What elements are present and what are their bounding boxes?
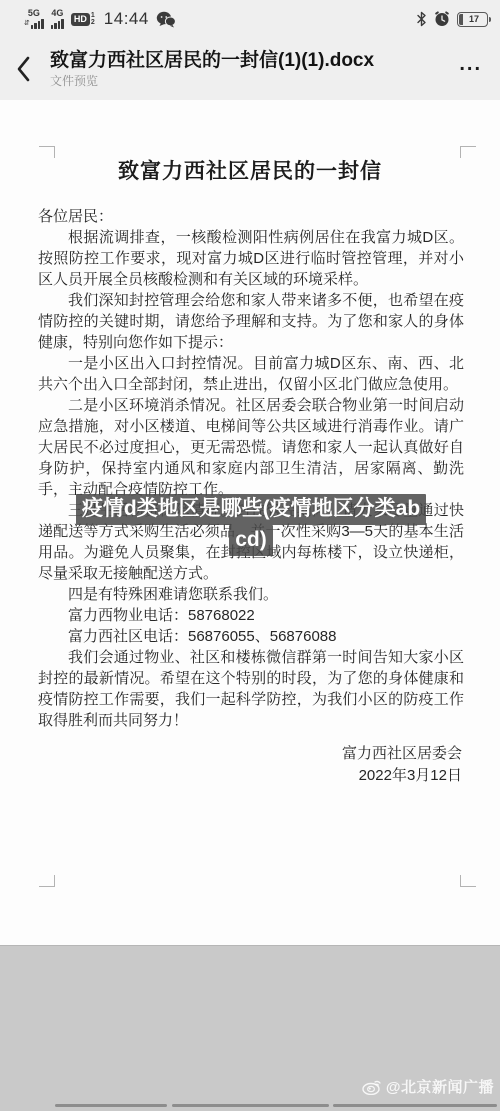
bluetooth-icon <box>416 11 427 27</box>
paragraph-9: 我们会通过物业、社区和楼栋微信群第一时间告知大家小区封控的最新情况。希望在这个特… <box>38 647 464 731</box>
sim2-label: 2 <box>91 19 95 26</box>
page-corner-mark <box>460 875 476 887</box>
document-preview-page[interactable]: 致富力西社区居民的一封信 各位居民： 根据流调排查，一核酸检测阳性病例居住在我富… <box>0 100 500 945</box>
page-corner-mark <box>39 146 55 158</box>
volte-hd-icon: HD 1 2 <box>71 12 95 26</box>
preview-mode-label: 文件预览 <box>50 74 451 89</box>
signature-block: 富力西社区居委会 2022年3月12日 <box>38 743 462 787</box>
alarm-clock-icon <box>434 11 450 27</box>
headline-line1: 疫情d类地区是哪些(疫情地区分类ab <box>76 494 426 525</box>
signature-date: 2022年3月12日 <box>38 765 462 787</box>
clock-time: 14:44 <box>104 9 149 29</box>
paragraph-5: 三是生活物资保障情况。封控管控期间，请大家尽量通过快递配送等方式采购生活必须品，… <box>38 500 464 584</box>
signal-4g-icon: 4G <box>51 9 64 29</box>
signal-5g-icon: 5G ⇵ <box>24 9 44 29</box>
title-block: 致富力西社区居民的一封信(1)(1).docx 文件预览 <box>50 49 451 89</box>
back-button[interactable] <box>16 49 44 89</box>
paragraph-7-property-phone: 富力西物业电话：58768022 <box>38 605 464 626</box>
paragraph-4: 二是小区环境消杀情况。社区居委会联合物业第一时间启动应急措施，对小区楼道、电梯间… <box>38 395 464 500</box>
paragraph-6: 四是有特殊困难请您联系我们。 <box>38 584 464 605</box>
paragraph-3: 一是小区出入口封控情况。目前富力城D区东、南、西、北共六个出入口全部封闭，禁止进… <box>38 353 464 395</box>
paragraph-1: 根据流调排查，一核酸检测阳性病例居住在我富力城D区。按照防控工作要求，现对富力城… <box>38 227 464 290</box>
sim1-label: 1 <box>91 12 95 19</box>
salutation: 各位居民： <box>38 206 464 227</box>
paragraph-2: 我们深知封控管理会给您和家人带来诸多不便，也希望在疫情防控的关键时期，请您给予理… <box>38 290 464 353</box>
letter-title: 致富力西社区居民的一封信 <box>38 158 462 186</box>
bottom-bar-segment <box>333 1104 497 1108</box>
letter-body: 各位居民： 根据流调排查，一核酸检测阳性病例居住在我富力城D区。按照防控工作要求… <box>38 206 464 731</box>
bottom-bar-segment <box>55 1104 167 1108</box>
status-bar: 5G ⇵ 4G HD 1 2 14:44 <box>0 0 500 38</box>
document-filename: 致富力西社区居民的一封信(1)(1).docx <box>50 49 451 72</box>
headline-line2: cd) <box>229 525 273 556</box>
footer-area: @北京新闻广播 <box>0 945 500 1111</box>
file-preview-header: 致富力西社区居民的一封信(1)(1).docx 文件预览 ... <box>0 38 500 100</box>
weibo-watermark: @北京新闻广播 <box>362 1076 494 1097</box>
network-type-label: 5G <box>28 9 40 18</box>
page-corner-mark <box>460 146 476 158</box>
chevron-left-icon <box>16 56 31 82</box>
data-arrows-icon: ⇵ <box>24 19 30 29</box>
paragraph-8-community-phone: 富力西社区电话：56876055、56876088 <box>38 626 464 647</box>
bottom-bar-segment <box>172 1104 329 1108</box>
wechat-icon <box>156 11 176 28</box>
network-type-label: 4G <box>51 9 63 18</box>
weibo-logo-icon <box>362 1078 382 1095</box>
watermark-text: @北京新闻广播 <box>386 1076 494 1097</box>
battery-icon: 17 <box>457 12 488 27</box>
battery-percent: 17 <box>469 14 479 24</box>
watermark-headline-overlay: 疫情d类地区是哪些(疫情地区分类ab cd) <box>16 494 486 556</box>
page-corner-mark <box>39 875 55 887</box>
signature-name: 富力西社区居委会 <box>38 743 462 765</box>
more-options-button[interactable]: ... <box>451 53 484 86</box>
